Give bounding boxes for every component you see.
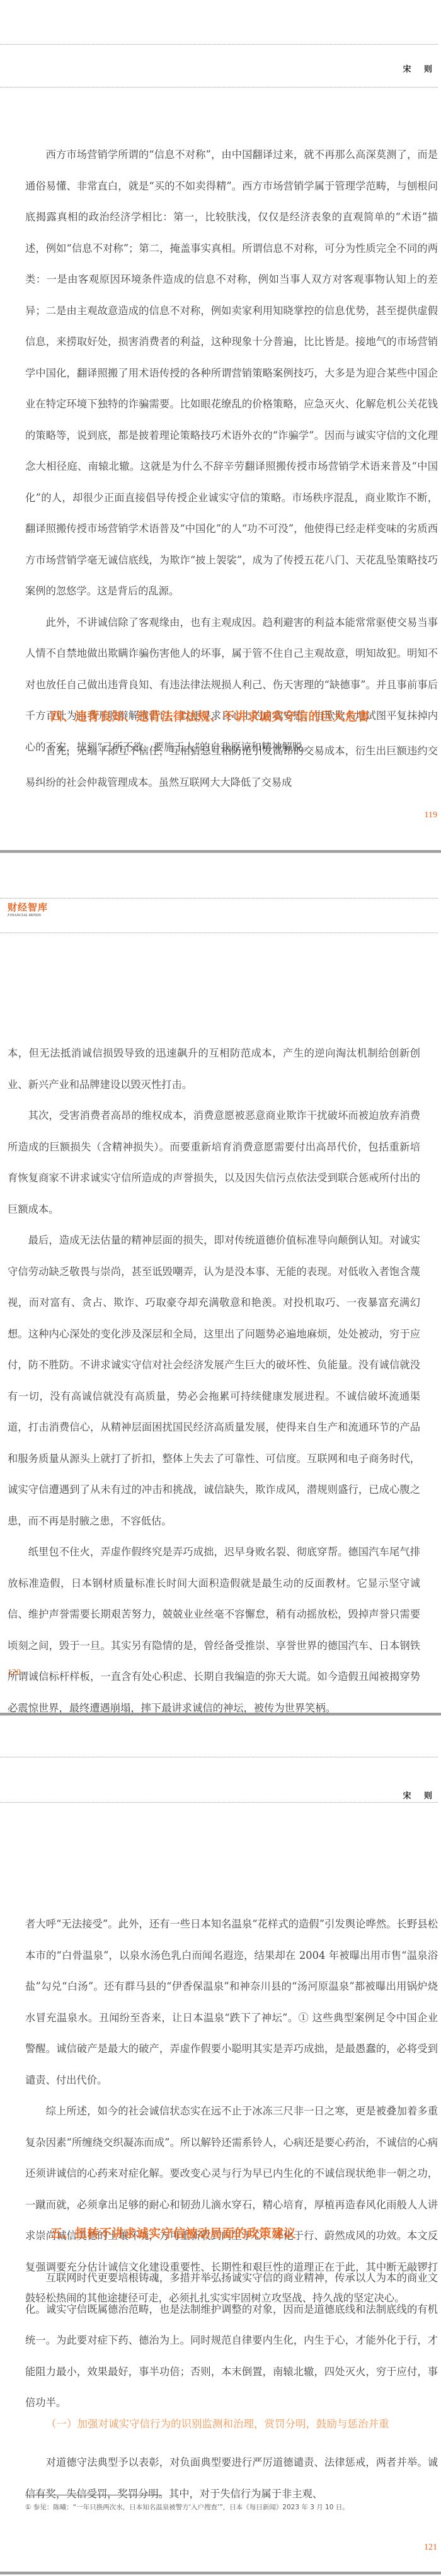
page-number: 119 xyxy=(425,810,437,820)
header-rule-bottom xyxy=(0,87,438,88)
footnote: ① 参见：陈曦：“一年只换两次水，日本知名温泉被警方‘入户搜查’”，日本《每日新… xyxy=(25,2502,349,2512)
subsection-heading-1: （一）加强对诚实守信行为的识别监测和治理，赏罚分明，鼓励与惩治并重 xyxy=(25,2409,438,2439)
page-number: 120 xyxy=(8,1668,21,1678)
page-120: 财经智库 FINANCIAL MINDS 本，但无法抵消诚信损毁导致的迅速飙升的… xyxy=(0,854,441,1713)
paragraph: 其次，受害消费者高昂的维权成本，消费意愿被恶意商业欺诈干扰破坏而被迫放弃消费所造… xyxy=(8,1100,420,1225)
header-rule-top xyxy=(0,898,438,899)
journal-logo: 财经智库 FINANCIAL MINDS xyxy=(8,902,48,918)
body-text-block: 首先，无端平添互不信任，互相猜忌互相防范引发高昂的交易成本，衍生出巨额违约交易纠… xyxy=(25,735,438,798)
header-rule-bottom xyxy=(0,1802,438,1803)
footnote-rule xyxy=(25,2495,162,2495)
paragraph: 首先，无端平添互不信任，互相猜忌互相防范引发高昂的交易成本，衍生出巨额违约交易纠… xyxy=(25,735,438,798)
page-separator xyxy=(0,1713,441,1716)
page-121: 宋 则 者大呼“无法接受”。此外，还有一些日本知名温泉“花样式的造假”引发舆论哗… xyxy=(0,1716,441,2576)
logo-chinese: 财经智库 xyxy=(8,902,48,913)
body-text-block: 者大呼“无法接受”。此外，还有一些日本知名温泉“花样式的造假”引发舆论哗然。长野… xyxy=(25,1909,438,2314)
paragraph: 纸里包不住火，弄虚作假终究是弄巧成拙，迟早身败名裂、彻底穿帮。德国汽车尾气排放标… xyxy=(8,1536,420,1723)
header-rule-top xyxy=(0,1757,438,1757)
page-number: 121 xyxy=(424,2543,437,2553)
running-header-author: 宋 则 xyxy=(403,62,437,74)
page-separator xyxy=(0,2572,441,2575)
body-text-block: 对道德守法典型予以表彰，对负面典型要进行严厉道德谴责、法律惩戒，两者并举。诚信有… xyxy=(25,2447,438,2509)
paragraph: 对道德守法典型予以表彰，对负面典型要进行严厉道德谴责、法律惩戒，两者并举。诚信有… xyxy=(25,2447,438,2509)
header-rule-top xyxy=(0,44,438,45)
page-separator xyxy=(0,850,441,853)
paragraph: 西方市场营销学所谓的“信息不对称”，由中国翻译过来，就不再那么高深莫测了，而是通… xyxy=(25,139,438,607)
body-text-block: 西方市场营销学所谓的“信息不对称”，由中国翻译过来，就不再那么高深莫测了，而是通… xyxy=(25,139,438,763)
running-header-author: 宋 则 xyxy=(403,1789,437,1801)
paragraph: 最后，造成无法估量的精神层面的损失，即对传统道德价值标准导向颠倒认知。对诚实守信… xyxy=(8,1225,420,1536)
body-text-block: 互联网时代更要培根铸魂，多措并举弘扬诚实守信的商业精神，传承以人为本的商业文化。… xyxy=(25,2262,438,2419)
paragraph: 本，但无法抵消诚信损毁导致的迅速飙升的互相防范成本，产生的逆向淘汰机制给创新创业… xyxy=(8,1038,420,1100)
logo-english: FINANCIAL MINDS xyxy=(8,913,48,918)
paragraph: 互联网时代更要培根铸魂，多措并举弘扬诚实守信的商业精神，传承以人为本的商业文化。… xyxy=(25,2262,438,2419)
paragraph: 者大呼“无法接受”。此外，还有一些日本知名温泉“花样式的造假”引发舆论哗然。长野… xyxy=(25,1909,438,2096)
section-heading-5: 五、扭转不讲求诚实守信被动局面的政策建议 xyxy=(50,2224,296,2241)
header-rule-bottom xyxy=(0,933,438,933)
page-119: 宋 则 西方市场营销学所谓的“信息不对称”，由中国翻译过来，就不再那么高深莫测了… xyxy=(0,0,441,851)
section-heading-4: 四、违背良知、违背法律法规、不讲求诚实守信的巨大危害 xyxy=(50,707,370,724)
